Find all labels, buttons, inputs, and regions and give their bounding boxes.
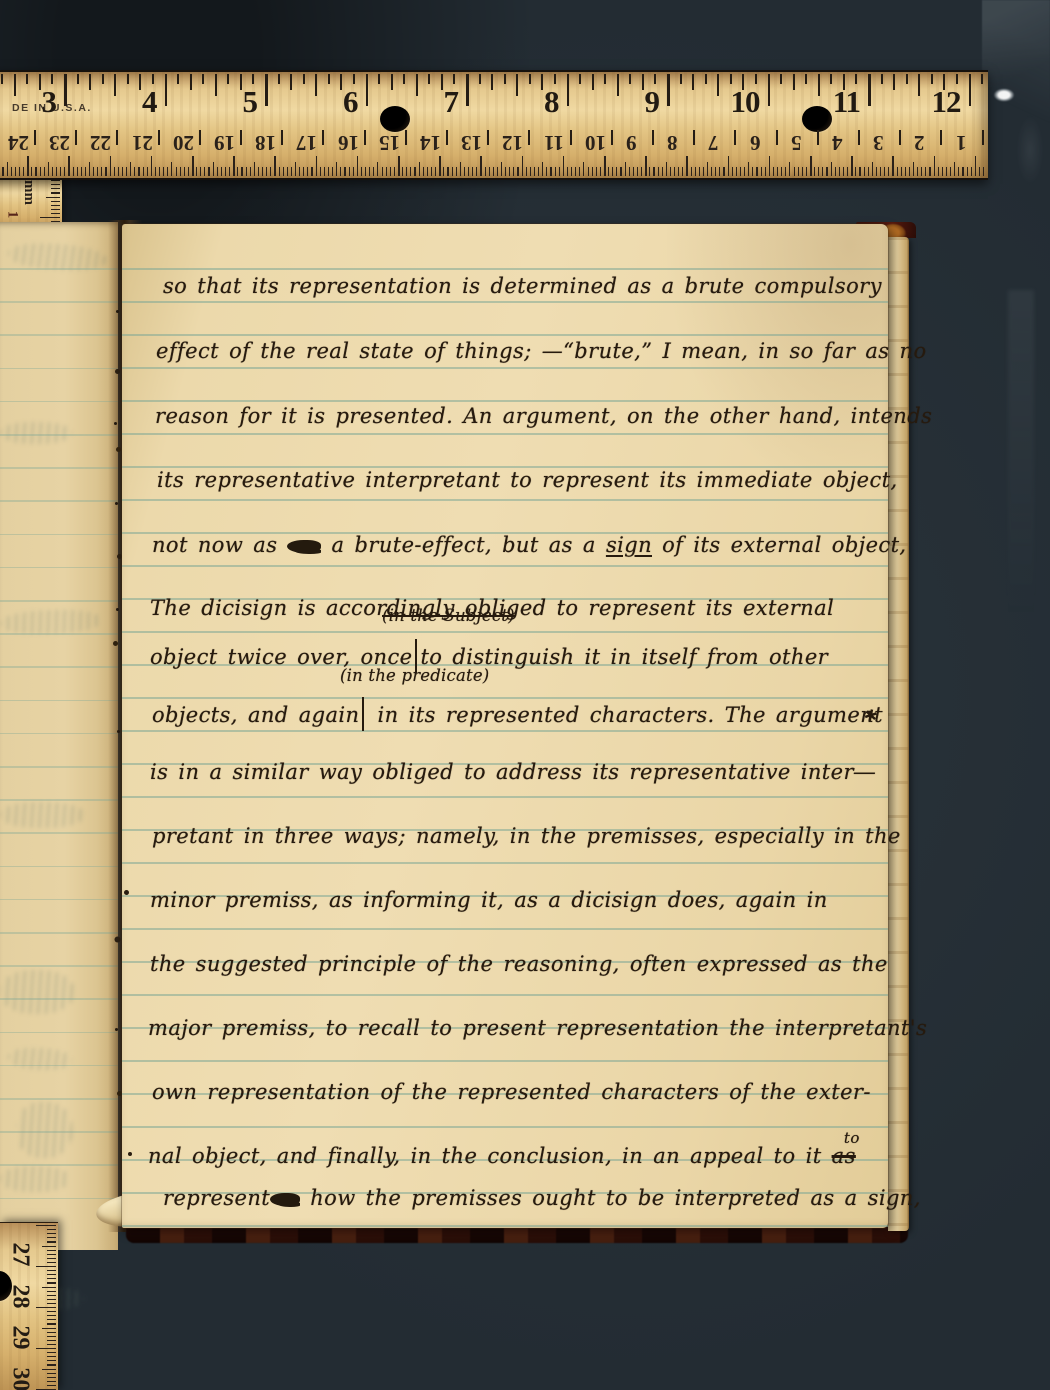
ruler-mm-tick	[349, 167, 350, 176]
ruler-inch-tick	[491, 74, 493, 90]
ruler-mm-tick	[47, 1233, 56, 1234]
ruled-line	[122, 334, 888, 336]
ruler-inch-tick	[14, 74, 16, 96]
ruler-cm-tick	[322, 130, 324, 145]
ruler-mm-tick	[794, 167, 795, 176]
ruler-inch-tick	[680, 74, 682, 84]
ruler-mm-tick	[645, 156, 647, 176]
ruler-mm-tick	[204, 167, 205, 176]
ruled-line	[0, 700, 118, 702]
ruler-mm-tick	[480, 156, 482, 176]
ruler-cm-number: 15	[379, 130, 400, 155]
ruled-line	[122, 631, 888, 633]
handwritten-line: the suggested principle of the reasoning…	[150, 952, 888, 976]
ruled-line	[122, 433, 888, 435]
ruler-inch-number: 5	[243, 84, 258, 120]
bleedthrough-mark	[0, 970, 74, 1014]
ruler-mm-tick	[810, 156, 812, 176]
ruler-mm-tick	[781, 167, 782, 176]
ruler-inch-tick	[64, 74, 67, 106]
ruler-inch-tick	[202, 74, 204, 84]
ruler-inch-tick	[89, 74, 91, 90]
ruler-mm-tick	[44, 167, 45, 176]
ruler-mm-tick	[89, 162, 90, 176]
ruler-mm-tick	[443, 167, 444, 176]
ruler-mm-tick	[625, 162, 626, 176]
ruler-mm-tick	[773, 167, 774, 176]
ruled-line	[0, 268, 118, 270]
ruler-inch-tick	[428, 74, 430, 84]
ruler-mm-tick	[48, 162, 49, 176]
ruler-mm-tick	[752, 167, 753, 176]
ruler-mm-tick	[134, 167, 135, 176]
ruler-mm-tick	[394, 167, 395, 176]
ruler-mm-tick	[23, 167, 24, 176]
bleedthrough-mark	[0, 1166, 70, 1192]
ruler-cm-tick	[776, 130, 778, 145]
ruler-mm-tick	[769, 156, 771, 176]
ruler-cm-tick	[858, 130, 860, 145]
ruler-mm-tick	[291, 167, 292, 176]
ruled-line	[0, 467, 118, 469]
ruler-mm-tick	[246, 167, 247, 176]
ruled-line	[0, 1164, 118, 1166]
ruler-mm-tick	[188, 167, 189, 176]
ruler-mm-tick	[563, 156, 565, 176]
ruler-inch-tick	[654, 74, 656, 84]
ruler-cm-number: 1	[956, 130, 967, 155]
ruler-mm-tick	[814, 167, 815, 176]
ruler-mm-tick	[42, 1287, 56, 1288]
ruler-mm-tick	[233, 156, 235, 176]
ruler-mm-tick	[316, 156, 318, 176]
ruler-cm-number: 30	[7, 1367, 34, 1390]
ruler-mm-tick	[843, 167, 844, 176]
ruler-mm-tick	[283, 167, 284, 176]
ruler-mm-tick	[868, 167, 869, 176]
ruler-mm-tick	[47, 1360, 56, 1361]
ruled-line	[122, 1060, 888, 1062]
ruler-mm-tick	[47, 1291, 56, 1292]
ruler-mm-tick	[653, 167, 654, 176]
handwritten-line: own representation of the represented ch…	[152, 1080, 871, 1104]
handwriting-text: so that its representation is determined…	[163, 274, 882, 298]
ruled-line	[122, 994, 888, 996]
ruler-mm-tick	[250, 167, 251, 176]
ruler-mm-tick	[51, 188, 60, 189]
ruler-mm-tick	[649, 167, 650, 176]
ruler-cm-number: 5	[791, 130, 802, 155]
ruler-mm-tick	[979, 167, 980, 176]
gutter-ink-specks	[116, 310, 119, 313]
ruler-mm-tick	[377, 162, 378, 176]
bleedthrough-mark	[0, 608, 102, 636]
interlinear-note: (in the Subject)	[382, 606, 515, 625]
ruler-mm-tick	[983, 167, 984, 176]
handwritten-line: so that its representation is determined…	[163, 274, 882, 298]
ruler-inch-tick	[366, 74, 369, 106]
ruler-mm-tick	[47, 1315, 56, 1316]
ruler-cm-tick	[405, 130, 407, 145]
ruled-line	[0, 434, 118, 436]
ruler-mm-tick	[47, 1332, 56, 1333]
ruled-line	[0, 633, 118, 635]
ruler-cm-tick	[199, 130, 201, 145]
ruler-mm-tick	[546, 167, 547, 176]
underlying-page-edges	[888, 237, 909, 1231]
ruler-inch-tick	[114, 74, 116, 96]
ruler-mm-tick	[192, 156, 194, 176]
inserted-word-above: to	[844, 1129, 860, 1147]
ruler-mm-tick	[954, 162, 955, 176]
ruler-inch-tick	[378, 74, 380, 84]
ruler-mm-tick	[559, 167, 560, 176]
ruler-mm-tick	[36, 1266, 56, 1267]
ruler-mm-tick	[344, 167, 345, 176]
ruler-mm-tick	[715, 167, 716, 176]
ruler-mm-tick	[36, 1348, 56, 1349]
ruler-mm-tick	[42, 1369, 56, 1370]
ruler-mm-tick	[468, 167, 469, 176]
ruler-mm-tick	[51, 205, 60, 206]
ruler-mm-tick	[402, 167, 403, 176]
ruler-mm-tick	[47, 1262, 56, 1263]
ruler-mm-tick	[51, 184, 60, 185]
ruler-inch-tick	[227, 74, 229, 84]
ruler-mm-tick	[670, 167, 671, 176]
ruler-inch-tick	[26, 74, 28, 84]
bleedthrough-mark	[7, 1046, 72, 1071]
ruler-mm-tick	[279, 167, 280, 176]
ruler-mm-tick	[629, 167, 630, 176]
ruler-mm-tick	[208, 167, 209, 176]
ruler-mm-tick	[51, 201, 60, 202]
ruler-cm-tick	[652, 130, 654, 145]
ruler-inch-tick	[780, 74, 782, 84]
ruler-mm-tick	[929, 167, 930, 176]
ruler-mm-tick	[826, 167, 827, 176]
ruler-cm-number: 27	[7, 1243, 34, 1267]
photograph-scene: mm 1 so that its representation is deter…	[0, 0, 1050, 1390]
ruler-inch-tick	[265, 74, 268, 106]
ruler-mm-tick	[47, 1323, 56, 1324]
ruler-mm-tick	[592, 167, 593, 176]
handwritten-line: objects, and again in its represented ch…	[152, 697, 883, 727]
ruler-mm-tick	[934, 156, 936, 176]
ruled-line	[0, 899, 118, 901]
ruler-cm-number: 8	[667, 130, 678, 155]
ruler-inch-tick	[592, 74, 594, 90]
ruler-inch-tick	[956, 74, 958, 84]
ruler-inch-tick	[818, 74, 820, 96]
ruled-line	[122, 1225, 888, 1227]
ruler-mm-tick	[526, 167, 527, 176]
ruler-inch-tick	[554, 74, 556, 84]
ruler-mm-tick	[588, 167, 589, 176]
ruler-mm-tick	[151, 156, 153, 176]
ruler-inch-tick	[479, 74, 481, 84]
ruler-mm-tick	[299, 167, 300, 176]
ruler-cm-tick	[982, 130, 984, 145]
ruler-mm-tick	[47, 1274, 56, 1275]
ruler-mm-tick	[695, 167, 696, 176]
ruler-mm-tick	[47, 1344, 56, 1345]
ruler-mm-tick	[47, 1340, 56, 1341]
ruler-cm-number: 7	[708, 130, 719, 155]
handwritten-line: minor premiss, as informing it, as a dic…	[150, 888, 828, 912]
ruler-mm-tick	[47, 1250, 56, 1251]
ruler-mm-tick	[196, 167, 197, 176]
vertical-ruler-bottom: 27282930	[0, 1222, 58, 1390]
ruler-mm-tick	[258, 167, 259, 176]
ruler-mm-tick	[47, 1377, 56, 1378]
ruler-mm-tick	[493, 167, 494, 176]
ruler-inch-tick	[303, 74, 305, 84]
ruler-mm-tick	[19, 167, 20, 176]
ruler-mm-tick	[110, 156, 112, 176]
ruler-mm-tick	[35, 167, 36, 176]
ruler-mm-tick	[975, 156, 977, 176]
ruler-inch-tick	[855, 74, 857, 84]
ruler-mm-tick	[47, 1295, 56, 1296]
handwriting-text: not now as	[152, 533, 287, 557]
ruler-cm-number: 16	[338, 130, 359, 155]
ruler-mm-tick	[472, 167, 473, 176]
ruler-mm-tick	[311, 167, 312, 176]
ruler-mm-tick	[497, 167, 498, 176]
ruler-cm-number: 14	[420, 130, 441, 155]
ruler-mm-tick	[686, 156, 688, 176]
ruler-mm-tick	[740, 167, 741, 176]
tape-reflection-top-right	[982, 0, 1050, 240]
ruler-mm-tick	[176, 167, 177, 176]
ruler-mm-tick	[583, 162, 584, 176]
ruler-mm-tick	[105, 167, 106, 176]
ruler-mm-tick	[732, 167, 733, 176]
ruler-mm-tick	[892, 156, 894, 176]
ruler-mm-tick	[40, 217, 60, 218]
vertical-ruler-mm-label: mm	[20, 180, 37, 205]
ruled-line	[0, 500, 118, 502]
ruler-mm-tick	[171, 162, 172, 176]
ruler-mm-tick	[851, 156, 853, 176]
ruler-inch-number: 9	[645, 84, 660, 120]
ruler-mm-tick	[47, 1237, 56, 1238]
ruler-inch-tick	[768, 74, 771, 106]
ruler-inch-tick	[969, 74, 972, 106]
ruler-cm-number: 4	[832, 130, 843, 155]
ruler-mm-tick	[485, 167, 486, 176]
ruler-mm-tick	[674, 167, 675, 176]
ruler-mm-tick	[662, 167, 663, 176]
ruler-mm-tick	[365, 167, 366, 176]
corrected-word: asto	[832, 1144, 856, 1168]
ruler-inch-tick	[177, 74, 179, 84]
ruler-mm-tick	[147, 167, 148, 176]
ruler-mm-tick	[542, 162, 543, 176]
ruler-mm-tick	[40, 167, 41, 176]
ruler-mm-tick	[691, 167, 692, 176]
ruler-mm-tick	[872, 162, 873, 176]
ruler-mm-tick	[287, 167, 288, 176]
ruler-mm-tick	[11, 167, 12, 176]
ruler-inch-tick	[504, 74, 506, 84]
ruler-cm-tick	[446, 130, 448, 145]
ruler-mm-tick	[489, 167, 490, 176]
ruler-mm-tick	[847, 167, 848, 176]
handwritten-line: object twice over, onceto distinguish it…	[150, 639, 828, 669]
ruler-mm-tick	[522, 156, 524, 176]
ruled-line	[0, 1098, 118, 1100]
ruler-mm-tick	[517, 167, 518, 176]
ruler-inch-tick	[830, 74, 832, 84]
ruler-inch-tick	[416, 74, 418, 96]
ruler-mm-tick	[42, 1328, 56, 1329]
ruled-line	[122, 400, 888, 402]
facing-page	[0, 222, 118, 1250]
ruler-mm-tick	[530, 167, 531, 176]
ruled-line	[0, 567, 118, 569]
ruler-inch-number: 3	[42, 84, 57, 120]
ruler-cm-number: 28	[7, 1284, 34, 1308]
ruler-inch-tick	[881, 74, 883, 84]
ruler-cm-number: 2	[914, 130, 925, 155]
ruler-mm-tick	[47, 1373, 56, 1374]
ruler-mm-tick	[439, 156, 441, 176]
handwritten-line: pretant in three ways; namely, in the pr…	[152, 824, 901, 848]
ruler-inch-number: 6	[343, 84, 358, 120]
ruler-mm-tick	[962, 167, 963, 176]
ruler-mm-tick	[382, 167, 383, 176]
ruler-mm-tick	[633, 167, 634, 176]
ruler-cm-number: 6	[750, 130, 761, 155]
ruler-mm-tick	[501, 162, 502, 176]
ruled-line	[122, 301, 888, 303]
ruler-mm-tick	[340, 167, 341, 176]
ruled-line	[0, 368, 118, 370]
ruler-mm-tick	[971, 167, 972, 176]
ruler-inch-number: 11	[833, 84, 860, 120]
ruler-mm-tick	[254, 162, 255, 176]
ruler-cm-tick	[693, 130, 695, 145]
ruler-mm-tick	[967, 167, 968, 176]
ruler-mm-tick	[538, 167, 539, 176]
ruler-mm-tick	[666, 162, 667, 176]
ruler-mm-tick	[217, 167, 218, 176]
ruler-mm-tick	[913, 162, 914, 176]
ruler-mm-tick	[509, 167, 510, 176]
ruler-mm-tick	[818, 167, 819, 176]
ruler-cm-tick	[75, 130, 77, 145]
ruler-inch-number: 4	[142, 84, 157, 120]
ruler-mm-tick	[274, 156, 276, 176]
ruler-mm-tick	[419, 162, 420, 176]
ruled-line	[122, 1126, 888, 1128]
ruler-mm-tick	[225, 167, 226, 176]
ruled-line	[122, 499, 888, 501]
ruler-mm-tick	[307, 167, 308, 176]
ruler-mm-tick	[897, 167, 898, 176]
ruled-line	[0, 832, 118, 834]
ruler-mm-tick	[431, 167, 432, 176]
ruler-mm-tick	[229, 167, 230, 176]
vertical-ruler-number: 1	[3, 211, 20, 219]
ruler-cm-number: 10	[585, 130, 606, 155]
ruler-mm-tick	[122, 167, 123, 176]
ruler-cm-tick	[364, 130, 366, 145]
ruler-cm-number: 21	[132, 130, 153, 155]
ruler-mm-tick	[31, 167, 32, 176]
ruler-mm-tick	[163, 167, 164, 176]
ruler-mm-tick	[47, 1364, 56, 1365]
ruler-mm-tick	[798, 167, 799, 176]
ruler-inch-tick	[278, 74, 280, 84]
ruler-inch-tick	[290, 74, 292, 90]
ruler-mm-tick	[213, 162, 214, 176]
ruler-mm-tick	[357, 156, 359, 176]
ruler-mm-tick	[785, 167, 786, 176]
ruler-mm-tick	[353, 167, 354, 176]
ruler-inch-tick	[579, 74, 581, 84]
ruler-mm-tick	[332, 167, 333, 176]
ruler-inch-tick	[391, 74, 393, 90]
ink-speck	[128, 1152, 132, 1156]
ruler-inch-tick	[328, 74, 330, 84]
ruler-mm-tick	[114, 167, 115, 176]
ruler-mm-tick	[81, 167, 82, 176]
ruled-line	[0, 1065, 118, 1067]
ruler-mm-tick	[917, 167, 918, 176]
handwriting-text: is in a similar way obliged to address i…	[150, 760, 875, 784]
ruler-mm-tick	[534, 167, 535, 176]
ruler-mm-tick	[822, 167, 823, 176]
handwriting-text: in its represented characters. The argum…	[367, 703, 883, 727]
ruler-mm-tick	[47, 1352, 56, 1353]
handwriting-text: a brute-effect, but as a	[321, 533, 605, 557]
ruler-mm-tick	[7, 162, 8, 176]
ruler-mm-tick	[51, 192, 60, 193]
ruler-mm-tick	[777, 167, 778, 176]
ruler-inch-tick	[793, 74, 795, 90]
ruler-mm-tick	[950, 167, 951, 176]
ruler-mm-tick	[596, 167, 597, 176]
handwriting-text: major premiss, to recall to present repr…	[148, 1016, 927, 1040]
ruler-mm-tick	[47, 1336, 56, 1337]
ruler-inch-tick	[165, 74, 168, 106]
ruler-cm-number: 17	[296, 130, 317, 155]
ruled-line	[122, 928, 888, 930]
ruler-inch-tick	[692, 74, 694, 90]
ruler-mm-tick	[410, 167, 411, 176]
ruler-mm-tick	[93, 167, 94, 176]
ruler-mm-tick	[921, 167, 922, 176]
ruler-mm-tick	[51, 180, 60, 181]
ruler-mm-tick	[47, 1254, 56, 1255]
ruler-mm-tick	[435, 167, 436, 176]
handwriting-text: own representation of the represented ch…	[152, 1080, 871, 1104]
ruler-mm-tick	[456, 167, 457, 176]
ruler-mm-tick	[864, 167, 865, 176]
ruler-mm-tick	[47, 1270, 56, 1271]
handwriting-text: of its external object,	[652, 533, 907, 557]
ruler-mm-tick	[406, 167, 407, 176]
ruler-mm-tick	[703, 167, 704, 176]
ruler-inch-tick	[617, 74, 619, 96]
ruler-inch-tick	[127, 74, 129, 84]
ruler-mm-tick	[328, 167, 329, 176]
ruler-mm-tick	[47, 1381, 56, 1382]
ruler-inch-tick	[705, 74, 707, 84]
